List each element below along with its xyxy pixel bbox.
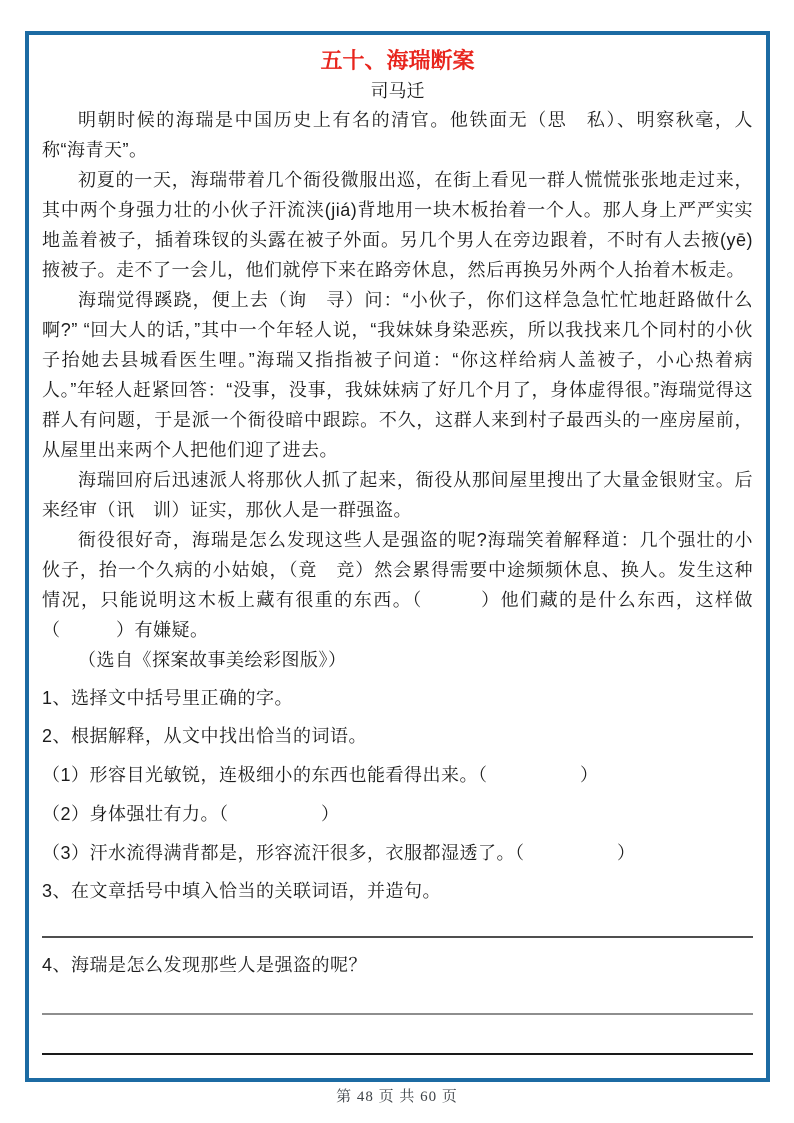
page-title: 五十、海瑞断案 [42, 47, 753, 75]
question-2-item: （3）汗水流得满背都是，形容流汗很多，衣服都湿透了。（ ） [42, 838, 753, 868]
answer-line [42, 936, 753, 938]
question-3: 3、在文章括号中填入恰当的关联词语，并造句。 [42, 876, 753, 906]
source-attribution: （选自《探案故事美绘彩图版》） [42, 645, 753, 675]
question-1: 1、选择文中括号里正确的字。 [42, 683, 753, 713]
question-2-item: （2）身体强壮有力。（ ） [42, 799, 753, 829]
page-border-frame: 五十、海瑞断案 司马迁 明朝时候的海瑞是中国历史上有名的清官。他铁面无（思 私）… [25, 31, 770, 1082]
author-line: 司马迁 [42, 77, 753, 105]
answer-line [42, 1053, 753, 1055]
article-paragraph: 明朝时候的海瑞是中国历史上有名的清官。他铁面无（思 私）、明察秋毫，人称“海青天… [42, 105, 753, 165]
article-paragraph: 海瑞觉得蹊跷，便上去（询 寻）问：“小伙子，你们这样急急忙忙地赶路做什么啊?” … [42, 285, 753, 465]
worksheet-page: { "colors": { "border_blue": "#1c6ba3", … [0, 0, 794, 1123]
question-2: 2、根据解释，从文中找出恰当的词语。 [42, 721, 753, 751]
article-body: 明朝时候的海瑞是中国历史上有名的清官。他铁面无（思 私）、明察秋毫，人称“海青天… [42, 105, 753, 675]
article-paragraph: 海瑞回府后迅速派人将那伙人抓了起来，衙役从那间屋里搜出了大量金银财宝。后来经审（… [42, 465, 753, 525]
question-4: 4、海瑞是怎么发现那些人是强盗的呢？ [42, 950, 753, 980]
article-paragraph: 初夏的一天，海瑞带着几个衙役微服出巡，在街上看见一群人慌慌张张地走过来，其中两个… [42, 165, 753, 285]
question-2-item: （1）形容目光敏锐，连极细小的东西也能看得出来。（ ） [42, 760, 753, 790]
answer-line [42, 1013, 753, 1015]
article-paragraph: 衙役很好奇，海瑞是怎么发现这些人是强盗的呢?海瑞笑着解释道：几个强壮的小伙子，抬… [42, 525, 753, 645]
questions-section: 1、选择文中括号里正确的字。 2、根据解释，从文中找出恰当的词语。 （1）形容目… [42, 683, 753, 1055]
page-number-footer: 第 48 页 共 60 页 [0, 1085, 794, 1106]
